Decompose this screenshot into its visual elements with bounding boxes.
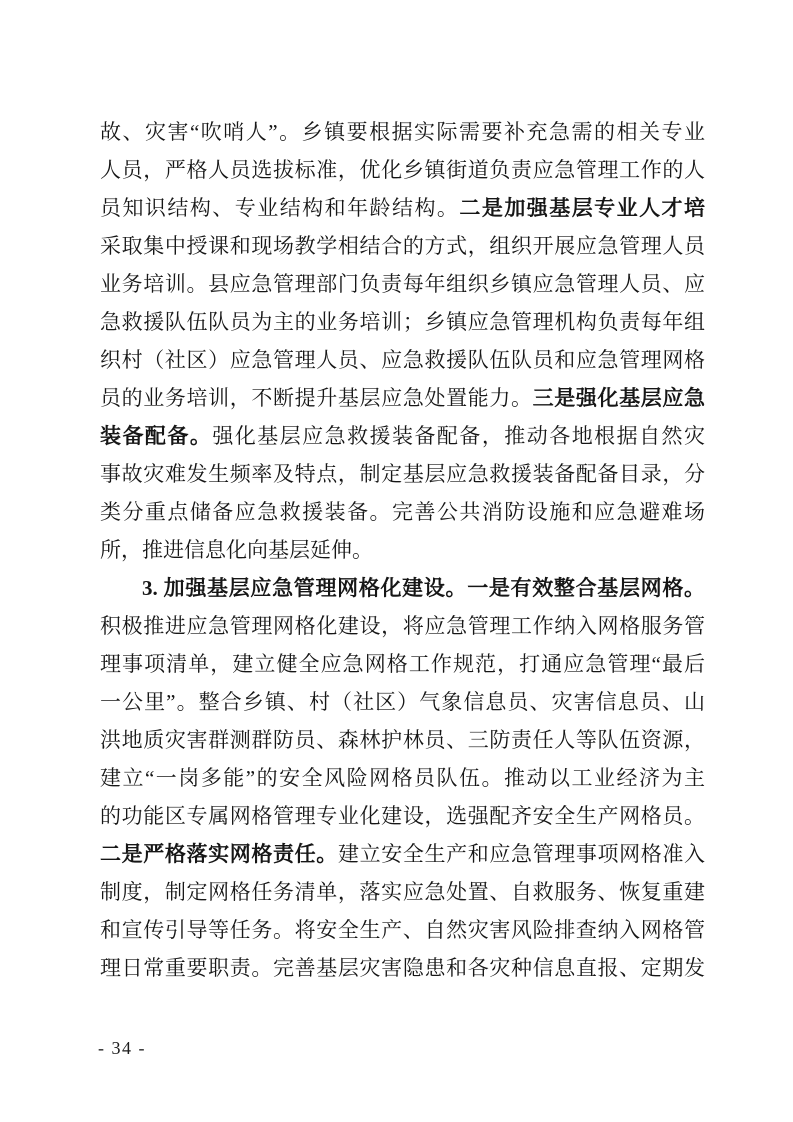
body-text: 类分重点储备应急救援装备。完善公共消防设施和应急避难场 bbox=[100, 500, 705, 524]
page-number: - 34 - bbox=[98, 1036, 146, 1060]
emphasis-text: 3. 加强基层应急管理网格化建设。一是有效整合基层网格。 bbox=[142, 576, 705, 600]
body-text: 故、灾害“吹哨人”。乡镇要根据实际需要补充急需的相关专业 bbox=[100, 120, 705, 144]
body-text: 人员，严格人员选拔标准，优化乡镇街道负责应急管理工作的人 bbox=[100, 158, 705, 182]
text-line: 员的业务培训，不断提升基层应急处置能力。三是强化基层应急 bbox=[100, 379, 705, 417]
text-line: 建立“一岗多能”的安全风险网格员队伍。推动以工业经济为主 bbox=[100, 759, 705, 797]
emphasis-text: 装备配备。 bbox=[100, 424, 212, 448]
body-text: 员的业务培训，不断提升基层应急处置能力。 bbox=[100, 386, 533, 410]
text-line: 理日常重要职责。完善基层灾害隐患和各灾种信息直报、定期发 bbox=[100, 949, 705, 987]
text-line: 一公里”。整合乡镇、村（社区）气象信息员、灾害信息员、山 bbox=[100, 683, 705, 721]
text-line: 类分重点储备应急救援装备。完善公共消防设施和应急避难场 bbox=[100, 493, 705, 531]
text-line: 3. 加强基层应急管理网格化建设。一是有效整合基层网格。 bbox=[100, 569, 705, 607]
body-text: 所，推进信息化向基层延伸。 bbox=[100, 538, 373, 562]
body-text: 的功能区专属网格管理专业化建设，选强配齐安全生产网格员。 bbox=[100, 804, 705, 828]
body-text: 急救援队伍队员为主的业务培训；乡镇应急管理机构负责每年组 bbox=[100, 310, 705, 334]
text-line: 故、灾害“吹哨人”。乡镇要根据实际需要补充急需的相关专业 bbox=[100, 113, 705, 151]
body-text: 一公里”。整合乡镇、村（社区）气象信息员、灾害信息员、山 bbox=[100, 690, 705, 714]
body-text: 和宣传引导等任务。将安全生产、自然灾害风险排查纳入网格管 bbox=[100, 918, 705, 942]
document-text: 故、灾害“吹哨人”。乡镇要根据实际需要补充急需的相关专业人员，严格人员选拔标准，… bbox=[100, 113, 705, 987]
text-line: 二是严格落实网格责任。建立安全生产和应急管理事项网格准入 bbox=[100, 835, 705, 873]
body-text: 制度，制定网格任务清单，落实应急处置、自救服务、恢复重建 bbox=[100, 880, 705, 904]
text-line: 采取集中授课和现场教学相结合的方式，组织开展应急管理人员 bbox=[100, 227, 705, 265]
body-text: 员知识结构、专业结构和年龄结构。 bbox=[100, 196, 459, 220]
text-line: 积极推进应急管理网格化建设，将应急管理工作纳入网格服务管 bbox=[100, 607, 705, 645]
body-text: 织村（社区）应急管理人员、应急救援队伍队员和应急管理网格 bbox=[100, 348, 705, 372]
text-line: 的功能区专属网格管理专业化建设，选强配齐安全生产网格员。 bbox=[100, 797, 705, 835]
text-line: 业务培训。县应急管理部门负责每年组织乡镇应急管理人员、应 bbox=[100, 265, 705, 303]
body-text: 事故灾难发生频率及特点，制定基层应急救援装备配备目录，分 bbox=[100, 462, 705, 486]
text-line: 织村（社区）应急管理人员、应急救援队伍队员和应急管理网格 bbox=[100, 341, 705, 379]
text-line: 急救援队伍队员为主的业务培训；乡镇应急管理机构负责每年组 bbox=[100, 303, 705, 341]
body-text: 建立安全生产和应急管理事项网格准入 bbox=[338, 842, 705, 866]
document-page: 故、灾害“吹哨人”。乡镇要根据实际需要补充急需的相关专业人员，严格人员选拔标准，… bbox=[0, 0, 793, 1122]
body-text: 理日常重要职责。完善基层灾害隐患和各灾种信息直报、定期发 bbox=[100, 956, 705, 980]
body-text: 业务培训。县应急管理部门负责每年组织乡镇应急管理人员、应 bbox=[100, 272, 705, 296]
text-line: 所，推进信息化向基层延伸。 bbox=[100, 531, 705, 569]
text-line: 制度，制定网格任务清单，落实应急处置、自救服务、恢复重建 bbox=[100, 873, 705, 911]
body-text: 积极推进应急管理网格化建设，将应急管理工作纳入网格服务管 bbox=[100, 614, 705, 638]
text-line: 员知识结构、专业结构和年龄结构。二是加强基层专业人才培训。 bbox=[100, 189, 705, 227]
body-text: 建立“一岗多能”的安全风险网格员队伍。推动以工业经济为主 bbox=[100, 766, 705, 790]
body-text: 采取集中授课和现场教学相结合的方式，组织开展应急管理人员 bbox=[100, 234, 705, 258]
text-line: 装备配备。强化基层应急救援装备配备，推动各地根据自然灾害、 bbox=[100, 417, 705, 455]
text-line: 人员，严格人员选拔标准，优化乡镇街道负责应急管理工作的人 bbox=[100, 151, 705, 189]
body-text: 洪地质灾害群测群防员、森林护林员、三防责任人等队伍资源， bbox=[100, 728, 705, 752]
body-text: 理事项清单，建立健全应急网格工作规范，打通应急管理“最后 bbox=[100, 652, 705, 676]
text-line: 洪地质灾害群测群防员、森林护林员、三防责任人等队伍资源， bbox=[100, 721, 705, 759]
text-line: 和宣传引导等任务。将安全生产、自然灾害风险排查纳入网格管 bbox=[100, 911, 705, 949]
text-line: 事故灾难发生频率及特点，制定基层应急救援装备配备目录，分 bbox=[100, 455, 705, 493]
text-line: 理事项清单，建立健全应急网格工作规范，打通应急管理“最后 bbox=[100, 645, 705, 683]
emphasis-text: 二是严格落实网格责任。 bbox=[100, 842, 338, 866]
emphasis-text: 三是强化基层应急 bbox=[533, 386, 705, 410]
